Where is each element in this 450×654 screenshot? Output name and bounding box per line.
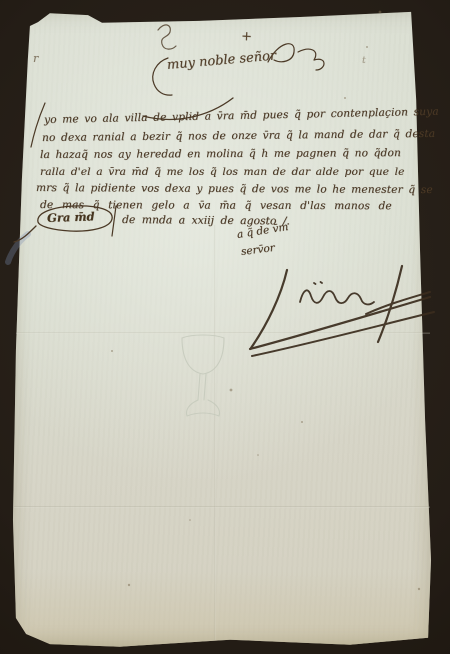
body-line-4: ralla d'el a v̄ra m̄d q̃ me los q̃ los m…: [40, 166, 405, 178]
heading-cross-mark: +: [241, 29, 253, 45]
manuscript-paper: [10, 10, 434, 648]
photo-backdrop: + r t muy noble señor yo me vo ala villa…: [0, 0, 450, 654]
body-line-5: mrs q̃ la pidiente vos dexa y pues q̃ de…: [36, 182, 433, 196]
body-line-3: la hazaq̃ nos ay heredad en molina q̃ h …: [40, 147, 401, 161]
place-word-text: Gra m̄d: [47, 209, 95, 225]
margin-tick-mark: r: [33, 52, 38, 65]
tiny-tick-mark: t: [362, 56, 366, 66]
